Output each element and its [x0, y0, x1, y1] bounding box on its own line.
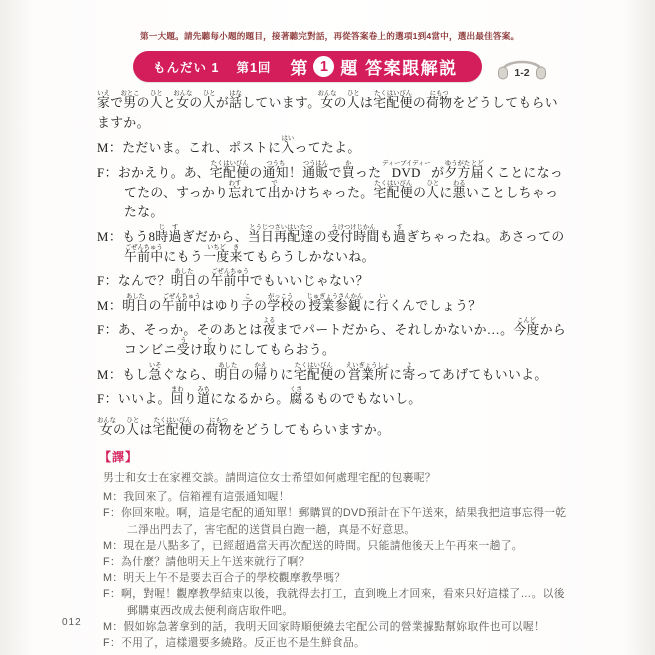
- ruby-word: 通販つうはん: [302, 166, 328, 180]
- speaker-label: M：: [103, 540, 123, 552]
- jp-dialogue-line: F：いいよ。回まわり道みちになるから。腐くさるものでもないし。: [97, 386, 571, 410]
- ruby-word: 人ひと: [203, 96, 216, 110]
- ruby-word: 忘わす: [228, 186, 241, 200]
- ruby-word: 一度いちど: [203, 250, 229, 264]
- ruby-word: 子こ: [241, 299, 254, 313]
- ruby-word: 当日再配達とうじつさいはいたつ: [248, 230, 314, 244]
- ruby-word: 急いそ: [149, 368, 162, 382]
- speaker-label: F：: [103, 588, 121, 600]
- jp-dialogue-line: F：なんで？明日あしたの午前中ごぜんちゅうでもいいじゃない？: [97, 268, 571, 292]
- translation-line: M：明天上午不是要去百合子的學校觀摩教學嗎？: [103, 570, 575, 586]
- speaker-label: F：: [103, 637, 121, 649]
- question-number-badge: 1: [313, 56, 334, 77]
- speaker-label: M：: [103, 621, 123, 633]
- ruby-word: 過す: [393, 230, 406, 244]
- ruby-word: 道みち: [197, 392, 210, 406]
- ruby-word: 学校がっこう: [267, 299, 293, 313]
- ruby-word: 夕方ゆうがた: [444, 166, 470, 180]
- translation-line: M：現在是八點多了，已經超過當天再次配送的時間。只能請他後天上午再來一趟了。: [103, 538, 575, 554]
- ruby-word: 宅配便たくはいびん: [153, 423, 193, 437]
- section-title-row: もんだい 1 第1回 第 1 題 答案跟解説 1-2: [133, 51, 597, 82]
- ruby-word: 過す: [169, 230, 182, 244]
- speaker-label: M：: [97, 141, 122, 155]
- speaker-label: F：: [103, 556, 121, 568]
- ruby-word: 午前中ごぜんちゅう: [210, 274, 250, 288]
- round-label: 第1回: [236, 58, 271, 76]
- translation-line: M：我回來了。信箱裡有這張通知喔！: [103, 489, 575, 505]
- page-content: 第一大題。請先聽每小題的題目，接著聽完對話，再從答案卷上的選項1到4當中，選出最…: [0, 0, 655, 651]
- ruby-word: 夜よる: [263, 323, 276, 337]
- ruby-word: 明日あした: [171, 274, 197, 288]
- ruby-word: 授業参観じゅぎょうさんかん: [307, 299, 363, 313]
- ruby-word: 家いえ: [97, 96, 110, 110]
- mondai-label: もんだい 1: [153, 58, 219, 76]
- ruby-word: 女おんな: [320, 96, 333, 110]
- ruby-word: 来き: [230, 250, 243, 264]
- ruby-word: 話はな: [229, 96, 242, 110]
- japanese-script: 家いえで男おとこの人ひとと女おんなの人ひとが話はなしています。女おんなの人ひとは…: [97, 90, 571, 440]
- ruby-word: 時じ: [155, 230, 168, 244]
- ruby-word: 受う: [177, 343, 190, 357]
- translation-lines: M：我回來了。信箱裡有這張通知喔！F：你回來啦。啊，這是宅配的通知單！郵購買的D…: [103, 489, 575, 651]
- title-rest: 題 答案跟解説: [340, 54, 457, 79]
- ruby-word: 宅配便たくはいびん: [373, 96, 413, 110]
- jp-dialogue-line: M：もし急いそぐなら、明日あしたの帰かえりに宅配便たくはいびんの営業所えいぎょう…: [97, 362, 571, 386]
- ruby-word: 人ひと: [150, 96, 163, 110]
- ruby-word: 女おんな: [97, 423, 113, 437]
- jp-dialogue-line: F：あ、そっか。そのあとは夜よるまでパートだから、それしかないか…。今度こんどか…: [97, 317, 571, 361]
- jp-dialogue-line: M：ただいま。これ、ポストに入はいってたよ。: [97, 135, 571, 159]
- ruby-word: 買か: [342, 166, 355, 180]
- ruby-word: 宅配便たくはいびん: [294, 368, 334, 382]
- textbook-page: 第一大題。請先聽每小題的題目，接著聽完對話，再從答案卷上的選項1到4當中，選出最…: [0, 0, 655, 655]
- page-number: 012: [62, 617, 82, 628]
- ruby-word: 女おんな: [176, 96, 189, 110]
- jp-dialogue-line: M：もう8時じ過すぎだから、当日再配達とうじつさいはいたつの受付時間うけつけじか…: [97, 224, 571, 268]
- ruby-word: 男おとこ: [123, 96, 136, 110]
- ruby-word: 午前中ごぜんちゅう: [124, 250, 164, 264]
- translation-intro: 男士和女士在家裡交談。請問這位女士希望如何處理宅配的包裹呢？: [103, 470, 575, 486]
- jp-repeat-question: 女おんなの人ひとは宅配便たくはいびんの荷物にもつをどうしてもらいますか。: [97, 417, 571, 441]
- speaker-label: M：: [97, 299, 122, 313]
- speaker-label: F：: [97, 274, 118, 288]
- ruby-word: 取と: [203, 343, 216, 357]
- ruby-word: 寄よ: [402, 368, 415, 382]
- ruby-word: 今度こんど: [513, 323, 539, 337]
- translation-line: M：假如妳急著拿到的話，我明天回家時順便繞去宅配公司的營業據點幫妳取件也可以喔！: [103, 619, 575, 635]
- ruby-word: 宅配便たくはいびん: [210, 166, 250, 180]
- ruby-word: 出で: [268, 186, 281, 200]
- speaker-label: M：: [103, 572, 123, 584]
- speaker-label: F：: [97, 323, 118, 337]
- question-prefix: 第: [290, 54, 307, 79]
- jp-intro-question: 家いえで男おとこの人ひとと女おんなの人ひとが話はなしています。女おんなの人ひとは…: [97, 90, 571, 133]
- speaker-label: F：: [97, 392, 118, 406]
- translation-line: F：不用了，這樣還要多繞路。反正也不是生鮮食品。: [103, 635, 575, 651]
- speaker-label: F：: [103, 507, 121, 519]
- ruby-word: 荷物にもつ: [426, 96, 452, 110]
- ruby-word: 荷物にもつ: [205, 423, 231, 437]
- ruby-word: 営業所えいぎょうしょ: [347, 368, 390, 382]
- ruby-word: 回まわ: [171, 392, 184, 406]
- ruby-word: 腐くさ: [290, 392, 303, 406]
- speaker-label: M：: [97, 368, 122, 382]
- ruby-word: 入はい: [281, 141, 294, 155]
- speaker-label: F：: [97, 166, 118, 180]
- ruby-word: 人ひと: [126, 423, 139, 437]
- ruby-word: 人ひと: [426, 186, 439, 200]
- ruby-word: DVDディーブイディー: [385, 166, 428, 180]
- translation-line: F：為什麼？請他明天上午送來就行了啊？: [103, 554, 575, 570]
- speaker-label: M：: [97, 230, 122, 244]
- track-number: 1-2: [514, 67, 529, 79]
- translation-line: F：啊，對喔！觀摩教學結束以後，我就得去打工，直到晚上才回來，看來只好這樣了…。…: [103, 586, 575, 618]
- ruby-word: 届とど: [471, 166, 484, 180]
- speaker-label: M：: [103, 491, 123, 503]
- audio-track-badge: 1-2: [495, 52, 549, 82]
- ruby-word: 行い: [376, 299, 389, 313]
- ruby-word: 通知つうち: [263, 166, 289, 180]
- headphones-icon: 1-2: [495, 52, 549, 82]
- ruby-word: 人ひと: [347, 96, 360, 110]
- translation-line: F：你回來啦。啊，這是宅配的通知單！郵購買的DVD預計在下午送來，結果我把這事忘…: [103, 505, 575, 537]
- section-instruction-note: 第一大題。請先聽每小題的題目，接著聽完對話，再從答案卷上的選項1到4當中，選出最…: [140, 30, 597, 42]
- ruby-word: 宅配便たくはいびん: [374, 186, 414, 200]
- ruby-word: 午前中ごぜんちゅう: [162, 299, 202, 313]
- section-title-pill: もんだい 1 第1回 第 1 題 答案跟解説: [133, 51, 482, 82]
- translation-section: 男士和女士在家裡交談。請問這位女士希望如何處理宅配的包裹呢？ M：我回來了。信箱…: [103, 470, 575, 651]
- ruby-word: 悪わる: [453, 186, 466, 200]
- ruby-word: 明日あした: [215, 368, 241, 382]
- translation-label: 【譯】: [99, 448, 597, 465]
- ruby-word: 明日あした: [122, 299, 148, 313]
- jp-dialogue-line: F：おかえり。あ、宅配便たくはいびんの通知つうち！通販つうはんで買かった DVD…: [97, 160, 571, 223]
- jp-dialogue-line: M：明日あしたの午前中ごぜんちゅうはゆり子この学校がっこうの授業参観じゅぎょうさ…: [97, 293, 571, 317]
- ruby-word: 帰かえ: [254, 368, 267, 382]
- ruby-word: 受付時間うけつけじかん: [327, 230, 380, 244]
